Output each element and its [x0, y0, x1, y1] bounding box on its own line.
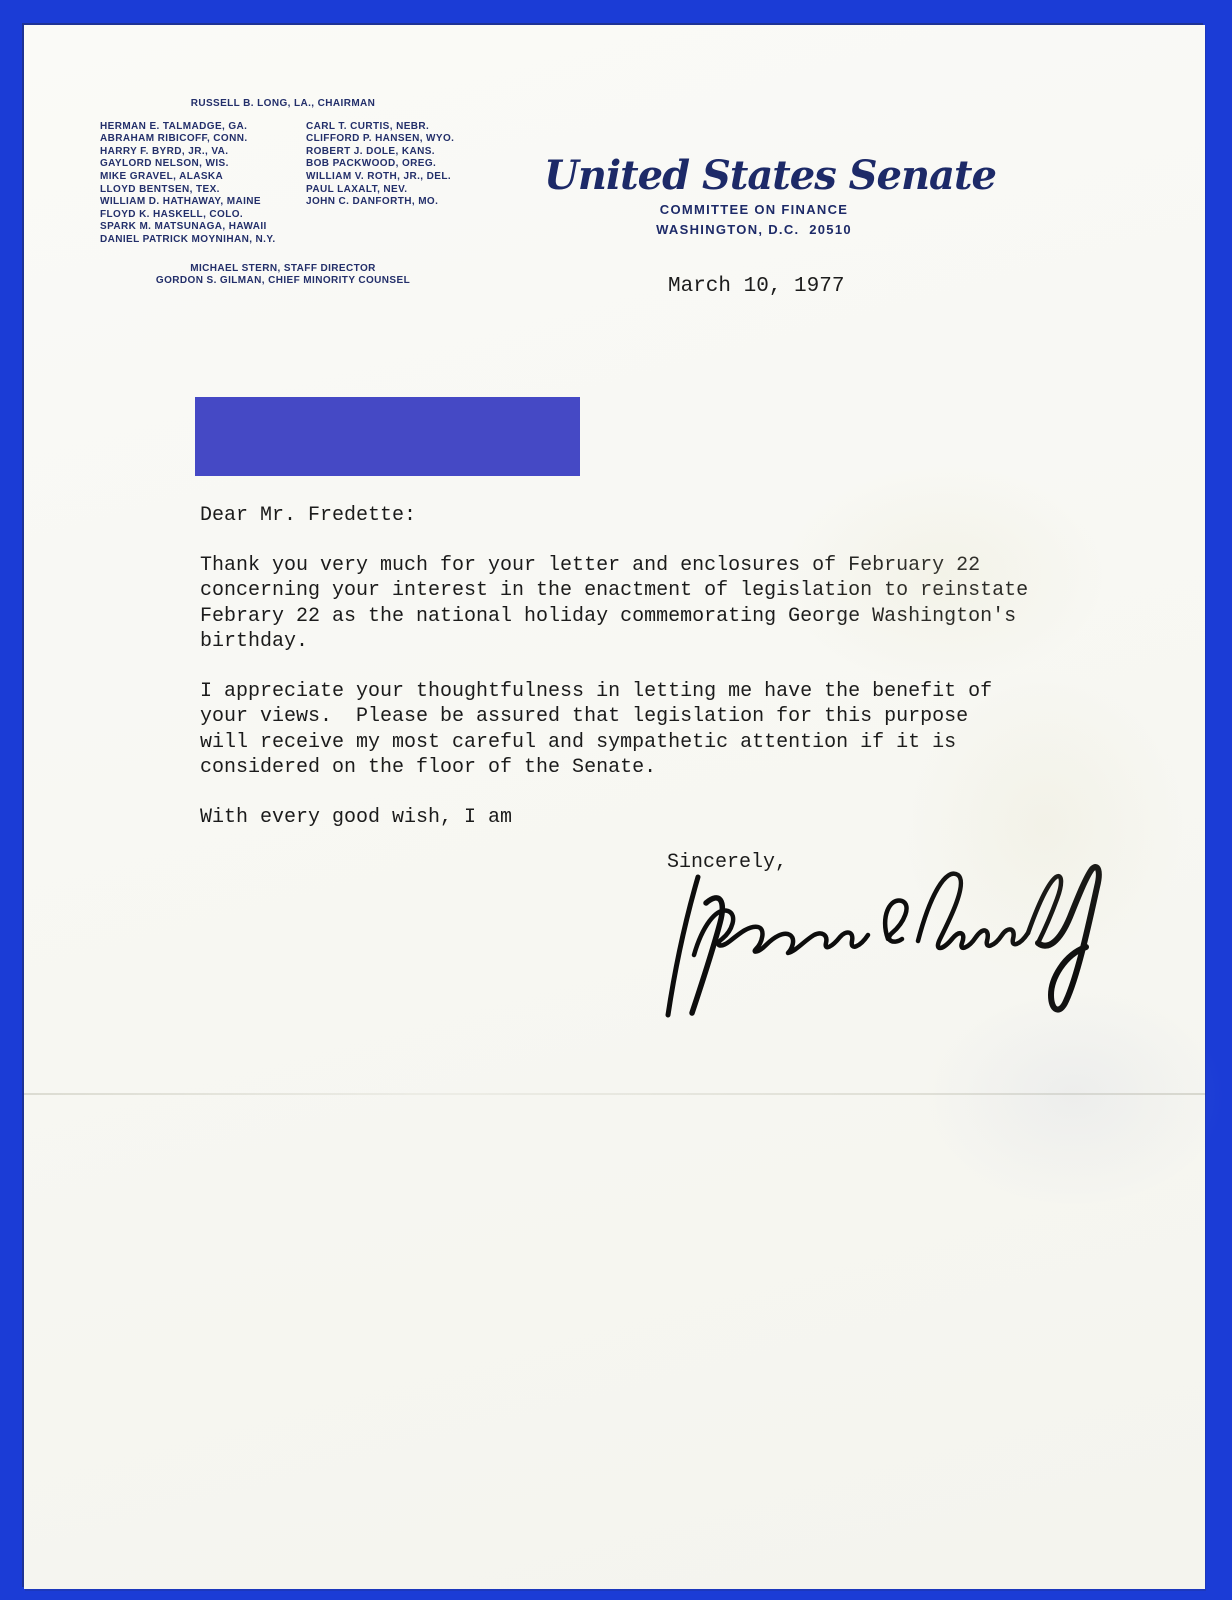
address-line: WASHINGTON, D.C. 20510 [544, 222, 964, 237]
letter-body: Dear Mr. Fredette: Thank you very much f… [200, 503, 1080, 854]
signature-herman-e-talmadge [640, 855, 1110, 1040]
letterhead: United States Senate COMMITTEE ON FINANC… [544, 155, 964, 237]
member-name: WILLIAM V. ROTH, JR., DEL. [306, 171, 466, 184]
signature-stroke [1028, 876, 1061, 943]
member-column-right: CARL T. CURTIS, NEBR. CLIFFORD P. HANSEN… [306, 121, 466, 247]
salutation: Dear Mr. Fredette: [200, 503, 1080, 529]
signature-stroke [668, 877, 698, 1015]
scanner-background: { "page": { "background_color": "#1b3cd6… [0, 0, 1232, 1600]
closing-line: With every good wish, I am [200, 805, 1080, 831]
signature-stroke [918, 874, 1028, 948]
member-name: LLOYD BENTSEN, TEX. [100, 184, 306, 197]
member-name: HERMAN E. TALMADGE, GA. [100, 121, 306, 134]
member-name: PAUL LAXALT, NEV. [306, 184, 466, 197]
redaction-box [195, 397, 580, 476]
member-name: DANIEL PATRICK MOYNIHAN, N.Y. [100, 234, 306, 247]
chairman-line: RUSSELL B. LONG, LA., CHAIRMAN [100, 98, 466, 111]
committee-roster: RUSSELL B. LONG, LA., CHAIRMAN HERMAN E.… [100, 98, 466, 288]
member-name: SPARK M. MATSUNAGA, HAWAII [100, 221, 306, 234]
minority-counsel-line: GORDON S. GILMAN, CHIEF MINORITY COUNSEL [100, 275, 466, 288]
staff-director-line: MICHAEL STERN, STAFF DIRECTOR [100, 263, 466, 276]
committee-name-line: COMMITTEE ON FINANCE [544, 202, 964, 217]
member-name: ROBERT J. DOLE, KANS. [306, 146, 466, 159]
member-name: HARRY F. BYRD, JR., VA. [100, 146, 306, 159]
letter-date: March 10, 1977 [668, 275, 844, 298]
body-paragraph: I appreciate your thoughtfulness in lett… [200, 679, 1080, 781]
member-name: GAYLORD NELSON, WIS. [100, 158, 306, 171]
staff-lines: MICHAEL STERN, STAFF DIRECTOR GORDON S. … [100, 263, 466, 288]
member-name: CLIFFORD P. HANSEN, WYO. [306, 133, 466, 146]
senate-title: United States Senate [544, 155, 964, 197]
member-name: MIKE GRAVEL, ALASKA [100, 171, 306, 184]
member-name: JOHN C. DANFORTH, MO. [306, 196, 466, 209]
member-name: BOB PACKWOOD, OREG. [306, 158, 466, 171]
body-paragraph: Thank you very much for your letter and … [200, 553, 1080, 655]
member-name: FLOYD K. HASKELL, COLO. [100, 209, 306, 222]
signature-stroke [885, 900, 906, 941]
member-column-left: HERMAN E. TALMADGE, GA. ABRAHAM RIBICOFF… [100, 121, 306, 247]
letter-paper: RUSSELL B. LONG, LA., CHAIRMAN HERMAN E.… [24, 25, 1205, 1589]
member-name: WILLIAM D. HATHAWAY, MAINE [100, 196, 306, 209]
member-name: CARL T. CURTIS, NEBR. [306, 121, 466, 134]
member-columns: HERMAN E. TALMADGE, GA. ABRAHAM RIBICOFF… [100, 121, 466, 247]
member-name: ABRAHAM RIBICOFF, CONN. [100, 133, 306, 146]
fold-crease [24, 1093, 1205, 1095]
